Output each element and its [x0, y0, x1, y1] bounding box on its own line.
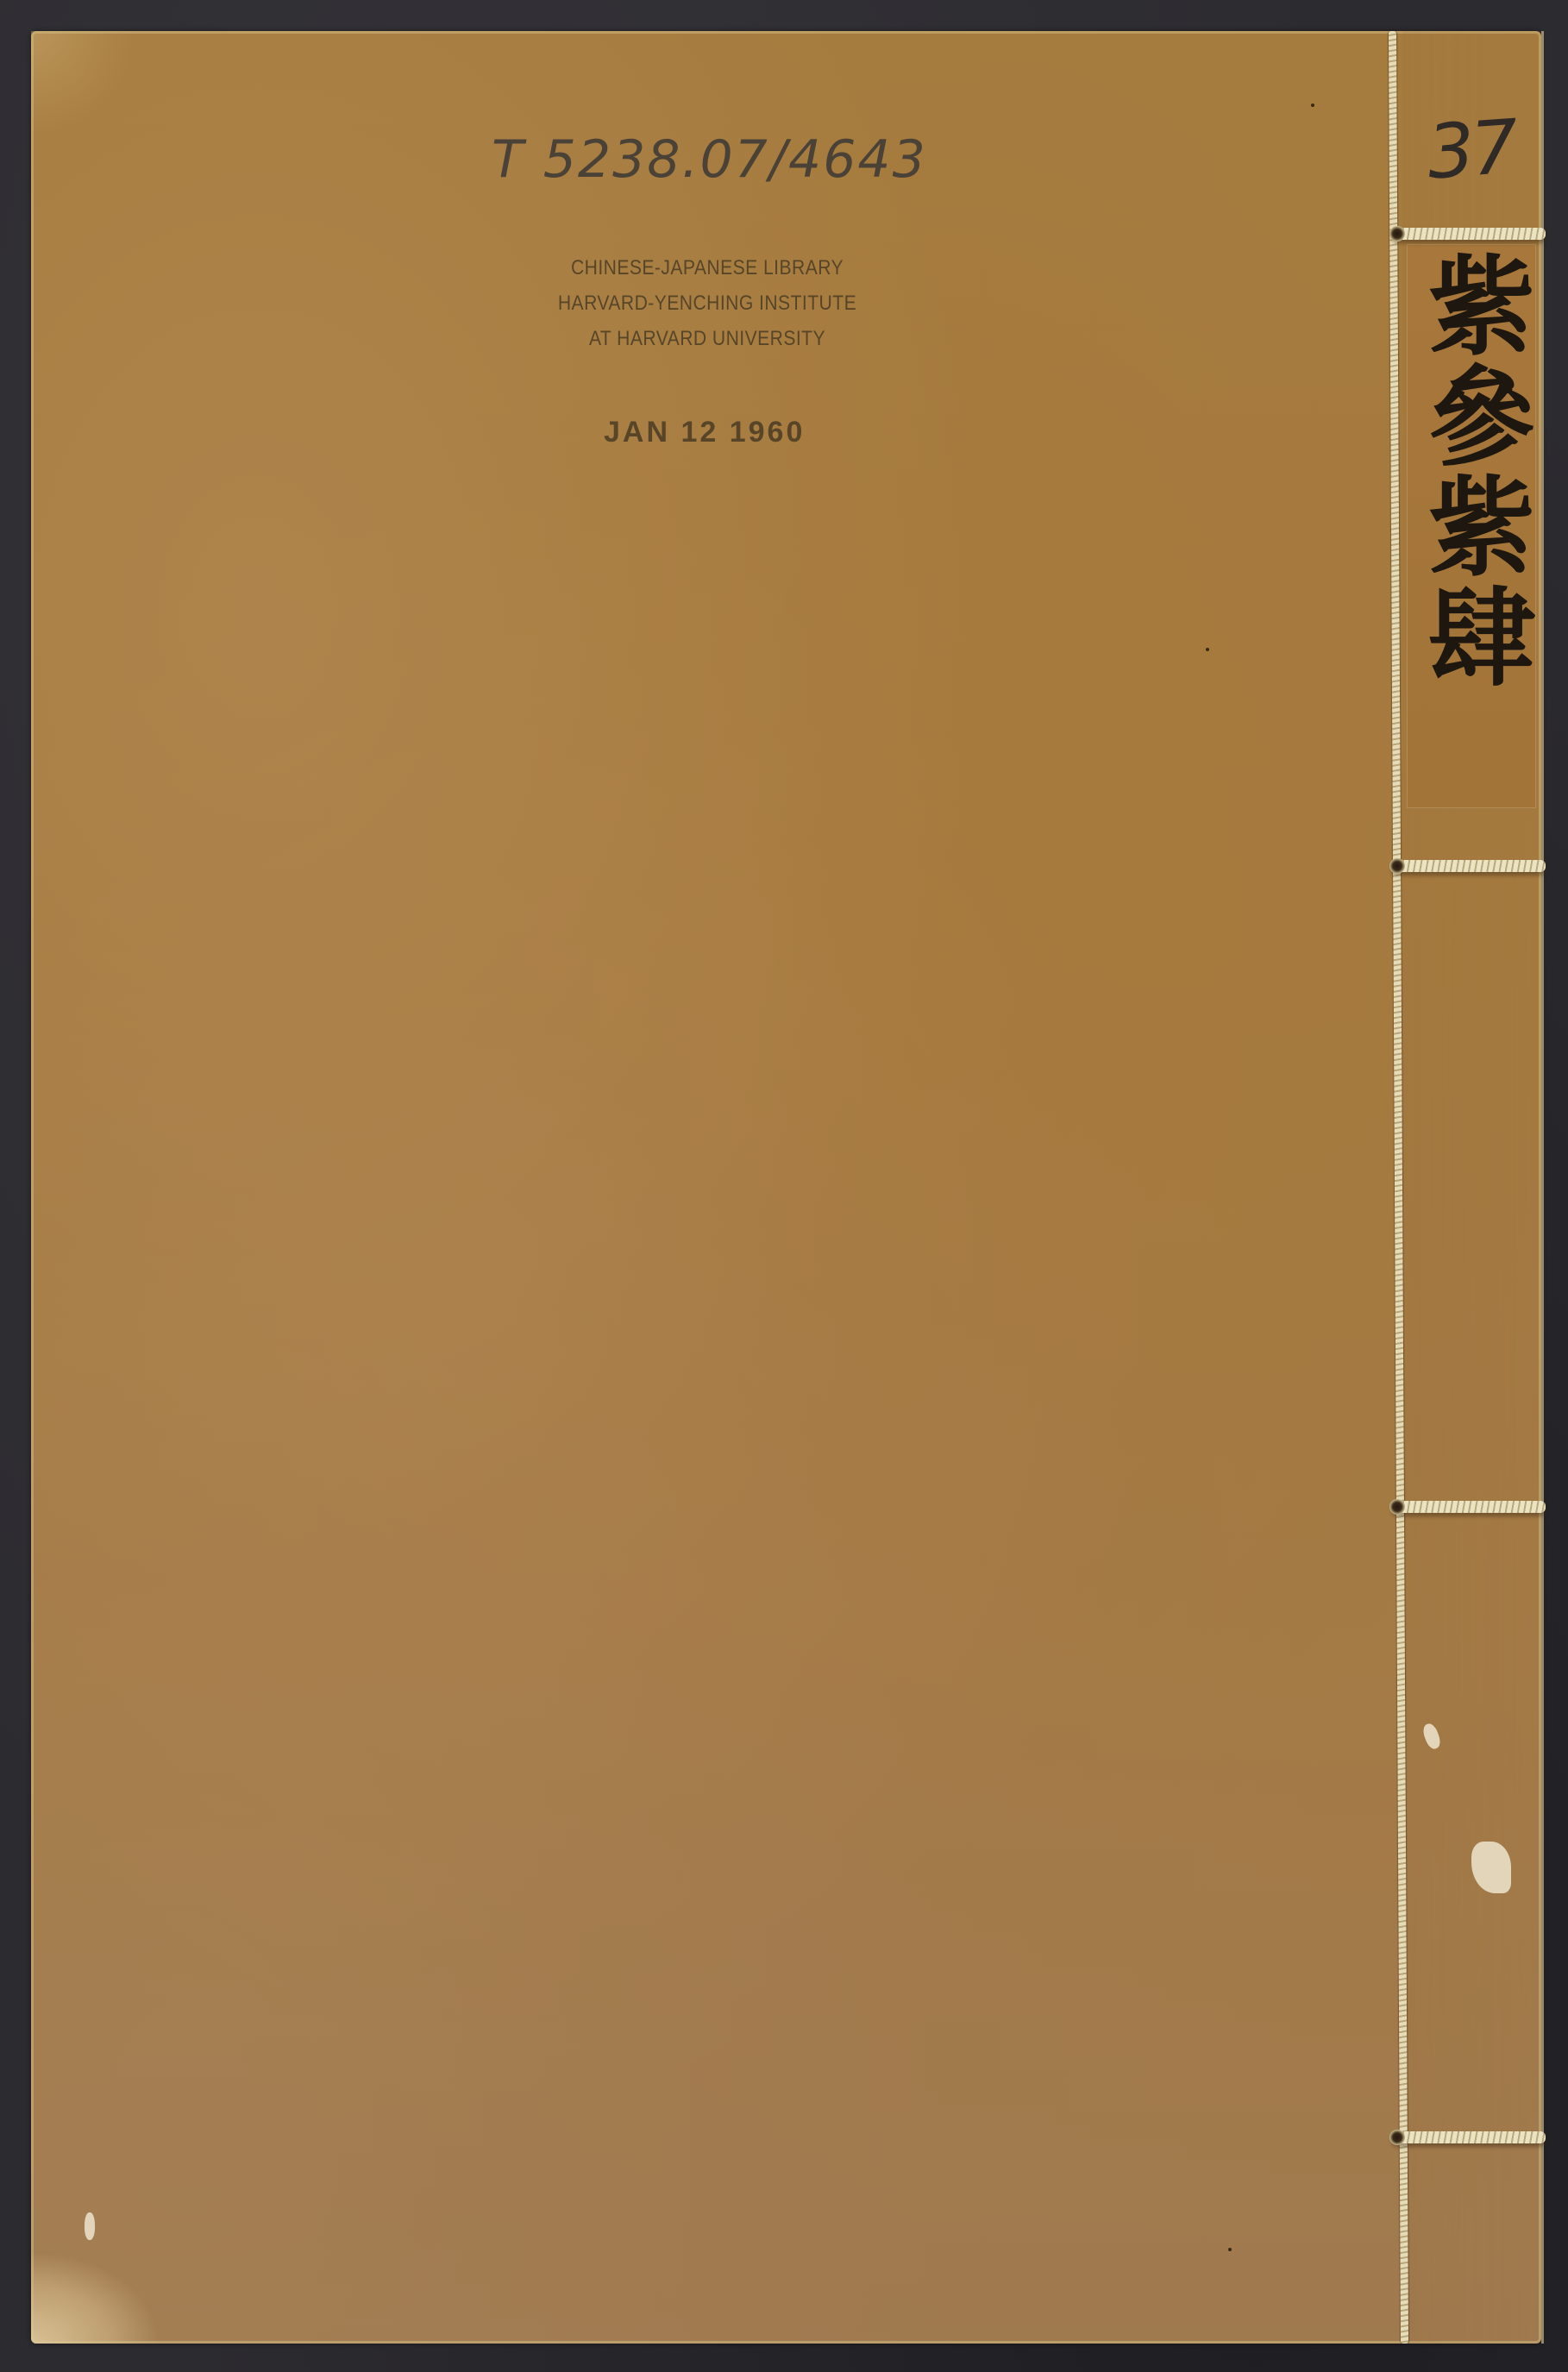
binding-hole-4 [1389, 2130, 1405, 2145]
binding-thread-1 [1392, 228, 1546, 240]
speck [1228, 2248, 1232, 2251]
book-cover [31, 31, 1541, 2344]
library-stamp-line-3: AT HARVARD UNIVERSITY [510, 321, 905, 356]
binding-hole-3 [1389, 1499, 1405, 1515]
speck [1206, 648, 1209, 651]
paper-blemish [85, 2212, 95, 2240]
call-number: T 5238.07/4643 [492, 129, 927, 190]
title-slip-text: 紫參紫肆 [1414, 250, 1530, 692]
binding-hole-2 [1389, 858, 1405, 874]
library-stamp: CHINESE-JAPANESE LIBRARY HARVARD-YENCHIN… [510, 250, 905, 356]
corner-wear-bottom-left [31, 2251, 160, 2344]
binding-hole-1 [1389, 226, 1405, 242]
speck [1311, 104, 1314, 107]
binding-thread-4 [1392, 2131, 1546, 2143]
binding-thread-3 [1392, 1501, 1546, 1513]
binding-thread-2 [1392, 860, 1546, 872]
library-stamp-line-2: HARVARD-YENCHING INSTITUTE [510, 286, 905, 321]
corner-wear-top-left [31, 31, 135, 135]
date-stamp: JAN 12 1960 [604, 416, 805, 449]
library-stamp-line-1: CHINESE-JAPANESE LIBRARY [510, 250, 905, 286]
volume-number: 37 [1425, 104, 1518, 197]
